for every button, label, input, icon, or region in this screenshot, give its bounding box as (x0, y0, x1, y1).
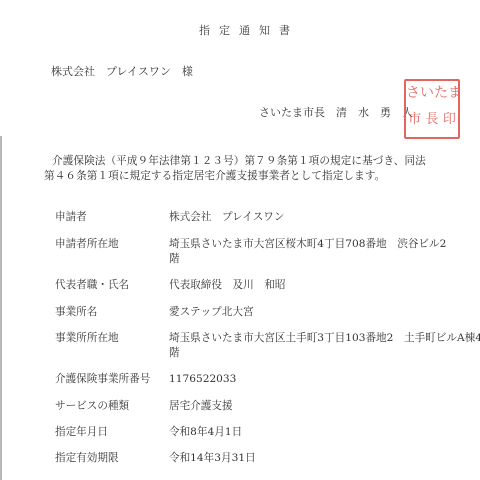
official-seal-stamp: さ い た ま 市 長 印 (404, 79, 460, 139)
value-line: 株式会社 プレイスワン (169, 210, 449, 225)
detail-label: 代表者職・氏名 (55, 278, 165, 293)
detail-label: サービスの種類 (55, 399, 165, 414)
detail-label: 指定年月日 (55, 425, 165, 440)
detail-value: 埼玉県さいたま市大宮区桜木町4丁目708番地 渋谷ビル2 階 (169, 237, 449, 267)
value-line: 居宅介護支援 (169, 399, 449, 414)
detail-label: 事業所名 (55, 305, 165, 320)
detail-value: 1176522033 (169, 372, 449, 387)
value-line: 階 (169, 346, 449, 361)
addressee: 株式会社 プレイスワン 様 (51, 63, 193, 79)
designation-statement: 介護保険法（平成９年法律第１２３号）第７９条第１項の規定に基づき、同法第４６条第… (44, 154, 436, 184)
seal-char: い (420, 86, 434, 100)
seal-bottom-row: 市 長 印 (406, 113, 458, 126)
detail-value: 株式会社 プレイスワン (169, 210, 449, 225)
detail-value: 代表取締役 及川 和昭 (169, 278, 449, 293)
seal-char: 長 (425, 113, 438, 126)
seal-top-row: さ い た ま (406, 86, 458, 100)
seal-char: 市 (408, 113, 421, 126)
detail-label: 事業所所在地 (55, 331, 165, 346)
detail-value: 愛ステップ北大宮 (169, 305, 449, 320)
detail-value: 居宅介護支援 (169, 399, 449, 414)
detail-value: 令和14年3月31日 (169, 451, 449, 466)
document-title: 指定通知書 (0, 22, 480, 38)
detail-label: 指定有効期限 (55, 451, 165, 466)
value-line: 埼玉県さいたま市大宮区桜木町4丁目708番地 渋谷ビル2 (169, 237, 449, 252)
value-line: 階 (169, 252, 449, 267)
seal-char: さ (406, 86, 420, 100)
detail-label: 介護保険事業所番号 (55, 372, 165, 387)
seal-char: ま (448, 86, 462, 100)
detail-value: 埼玉県さいたま市大宮区土手町3丁目103番地2 土手町ビルA棟4 階 (169, 331, 449, 361)
detail-label: 申請者所在地 (55, 237, 165, 252)
value-line: 令和8年4月1日 (169, 425, 449, 440)
value-line: 代表取締役 及川 和昭 (169, 278, 449, 293)
seal-char: た (434, 86, 448, 100)
seal-char: 印 (443, 113, 456, 126)
detail-label: 申請者 (55, 210, 165, 225)
detail-value: 令和8年4月1日 (169, 425, 449, 440)
value-line: 1176522033 (169, 372, 449, 387)
issuer-name: さいたま市長 清 水 勇 人 (259, 104, 413, 120)
value-line: 令和14年3月31日 (169, 451, 449, 466)
value-line: 愛ステップ北大宮 (169, 305, 449, 320)
page-edge (0, 136, 2, 480)
value-line: 埼玉県さいたま市大宮区土手町3丁目103番地2 土手町ビルA棟4 (169, 331, 449, 346)
